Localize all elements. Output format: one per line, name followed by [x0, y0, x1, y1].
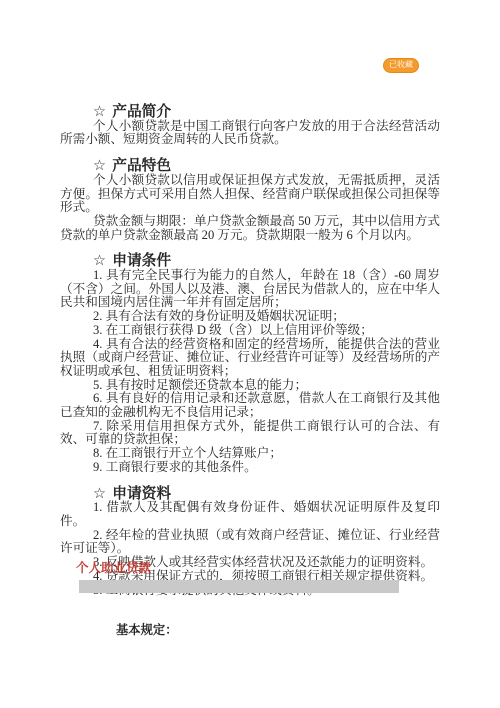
section-title: 产品特色 [112, 158, 171, 174]
star-icon: ☆ [93, 104, 106, 120]
paragraph: 个人小额贷款以信用或保证担保方式发放，无需抵质押，灵活方便。担保方式可采用自然人… [60, 174, 440, 215]
red-section-heading: 个人助业贷款 [76, 561, 151, 575]
list-item: 4. 具有合法的经营资格和固定的经营场所，能提供合法的营业执照（或商户经营证、摊… [60, 338, 440, 379]
list-item: 1. 借款人及其配偶有效身份证件、婚姻状况证明原件及复印件。 [60, 501, 440, 528]
list-item: 8. 在工商银行开立个人结算账户； [60, 447, 440, 461]
section-application-conditions: ☆申请条件 1. 具有完全民事行为能力的自然人，年龄在 18（含）-60 周岁（… [60, 255, 440, 474]
favorited-badge[interactable]: 已收藏 [383, 58, 419, 73]
basic-rules-label: 基本规定： [116, 623, 178, 637]
section-heading: ☆产品特色 [60, 160, 440, 174]
gray-placeholder-bar [79, 580, 399, 593]
section-product-features: ☆产品特色 个人小额贷款以信用或保证担保方式发放，无需抵质押，灵活方便。担保方式… [60, 160, 440, 242]
section-heading: ☆申请条件 [60, 255, 440, 269]
list-item: 1. 具有完全民事行为能力的自然人，年龄在 18（含）-60 周岁（不含）之间。… [60, 269, 440, 310]
list-item: 3. 在工商银行获得 D 级（含）以上信用评价等级； [60, 324, 440, 338]
star-icon: ☆ [93, 158, 106, 174]
section-product-intro: ☆产品简介 个人小额贷款是中国工商银行向客户发放的用于合法经营活动所需小额、短期… [60, 106, 440, 147]
list-item: 6. 具有良好的信用记录和还款意愿，借款人在工商银行及其他已查知的金融机构无不良… [60, 392, 440, 419]
list-item: 9. 工商银行要求的其他条件。 [60, 461, 440, 475]
paragraph: 贷款金额与期限：单户贷款金额最高 50 万元，其中以信用方式贷款的单户贷款金额最… [60, 215, 440, 242]
list-item: 2. 经年检的营业执照（或有效商户经营证、摊位证、行业经营许可证等）。 [60, 529, 440, 556]
star-icon: ☆ [93, 253, 106, 269]
list-item: 2. 具有合法有效的身份证明及婚姻状况证明； [60, 310, 440, 324]
list-item: 7. 除采用信用担保方式外，能提供工商银行认可的合法、有效、可靠的贷款担保； [60, 420, 440, 447]
section-heading: ☆产品简介 [60, 106, 440, 120]
section-title: 申请条件 [112, 253, 171, 269]
paragraph: 个人小额贷款是中国工商银行向客户发放的用于合法经营活动所需小额、短期资金周转的人… [60, 120, 440, 147]
section-title: 产品简介 [112, 104, 171, 120]
document-body: ☆产品简介 个人小额贷款是中国工商银行向客户发放的用于合法经营活动所需小额、短期… [60, 106, 440, 597]
